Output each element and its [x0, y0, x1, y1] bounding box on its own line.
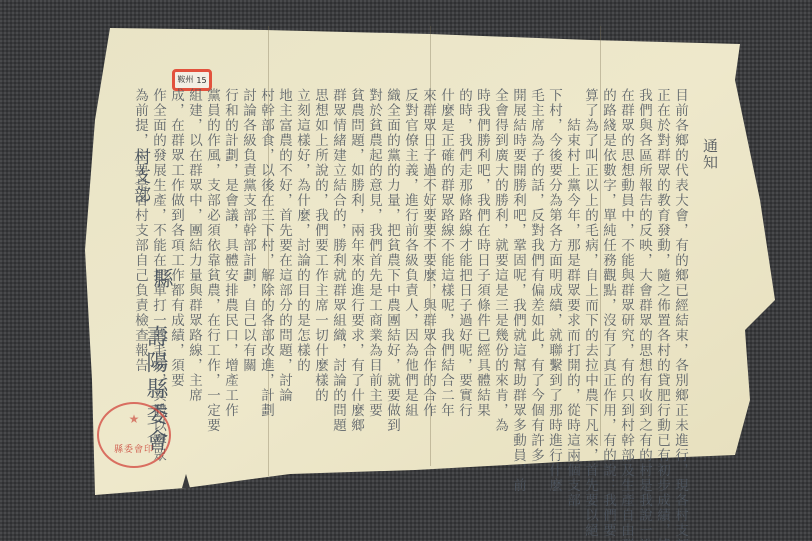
text-column: 結束村上黨今年，那是群眾要求而打開的，從時這兩個支部	[564, 88, 579, 408]
label-text: 鞍州	[177, 76, 193, 84]
addressee: 村支部	[128, 148, 153, 205]
text-column: 反對官僚主義，進行前各級負責人，因為他們是組	[402, 88, 417, 408]
text-column: 織全面的黨的力量，把貧農下中農團結好，就要做到	[384, 88, 399, 408]
text-column: 開展結時要開勝利吧，鞏固呢，我們就這幫助群眾多動員，前	[510, 88, 525, 408]
text-column: 來群眾日子過不好要要不要麼，與群眾合作的合作	[420, 88, 435, 408]
text-column: 的時，我們走那條路線才能把日子過好呢，要實行	[456, 88, 471, 408]
document-title: 通知	[702, 88, 717, 408]
text-column: 思想如上所說的，我們要工作主席一切什麼樣的	[312, 88, 327, 408]
text-column: 全會得到廣大的勝利，就要這是三是幾份的來肯，為	[492, 88, 507, 408]
text-column: 正在於對群眾的教育發動，隨之佈置各村的貸肥行動已有初步成績，據	[654, 88, 669, 408]
text-column: 立刻這樣好，為什麼，討論的目的是怎樣的	[294, 88, 309, 408]
text-column: 黨員的作風，支部必須依靠貧農，在行工作，一定要	[204, 88, 219, 408]
text-column: 行和的計劃，是會議，具體安排農民口，增產工作	[222, 88, 237, 408]
text-columns: 通知 目前各鄉的代表大會，有的鄉已經結束，各別鄉正未進行，現各村支部 正在於對群…	[132, 88, 717, 408]
star-icon: ★	[129, 412, 140, 426]
text-column: 貧農問題，如勝利，兩年來的進行要求，有了什麼鄉	[348, 88, 363, 408]
text-column: 目前各鄉的代表大會，有的鄉已經結束，各別鄉正未進行，現各村支部	[672, 88, 687, 408]
red-seal-stamp: ★ 縣委會印	[97, 402, 171, 468]
seal-text: 縣委會印	[114, 442, 154, 455]
label-number: 15	[196, 76, 206, 85]
text-column: 對於貧農起的意見，我們首先是工商業為目前主要	[366, 88, 381, 408]
text-column: 時我們勝利吧，我們在時日子須條件已經具體結果	[474, 88, 489, 408]
text-column: 什麼是正確的群眾路線不能這樣呢，我們結合二年	[438, 88, 453, 408]
text-column: 算了為了叫正以上的毛病，自上而下的去拉中農下凡來，首先要以絕	[582, 88, 597, 408]
text-column: 組建，以在群眾中，團結力量與群眾路線，主席	[186, 88, 201, 408]
document-sheet: 鞍州 15 通知 目前各鄉的代表大會，有的鄉已經結束，各別鄉正未進行，現各村支部…	[0, 0, 812, 541]
text-column: 下村，今後要分為第各方面明成績，就聯繫到了那時進行什麼	[546, 88, 561, 408]
text-column: 我們與各區所報告的反映，大會群眾的思想有收到之有的村是我說一說，結果	[636, 88, 651, 408]
text-column: 討論各級負責黨支部幹部計劃，自己以有關	[240, 88, 255, 408]
text-column: 的路綫是依數字，單純任務觀點，沒有了真正作用，有的說：我們要去追	[600, 88, 615, 408]
text-column: 在群眾的思想動員中，不能與群眾研究，有的只到村幹部及生產自由群眾徵肥	[618, 88, 633, 408]
text-column: 群眾情緒建立結合的，勝利就群眾組織，討論的問題	[330, 88, 345, 408]
text-column: 村幹部食，以後在三下村，解除的各部改進，計劃	[258, 88, 273, 408]
signature-1: 縣	[148, 268, 177, 290]
text-column: 毛主席為子的話，反對我們有偏差如此，有了今個有許多	[528, 88, 543, 408]
text-column: 地主富農的不好，首先要在這部分的問題，討論	[276, 88, 291, 408]
